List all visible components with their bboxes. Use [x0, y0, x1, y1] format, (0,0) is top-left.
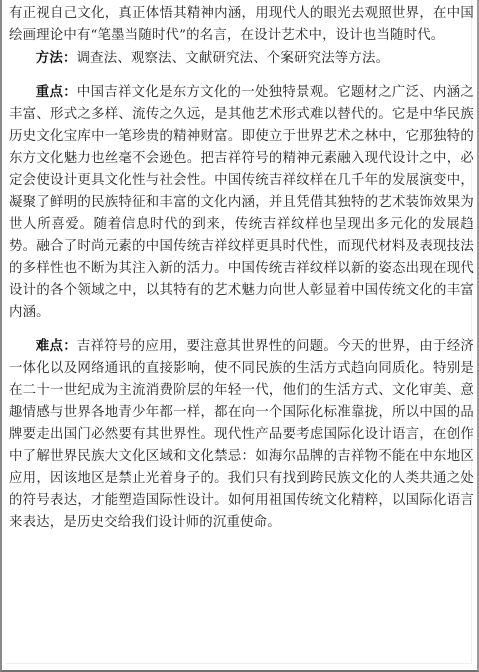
- methods-text: 调查法、观察法、文献研究法、个案研究法等方法。: [77, 51, 390, 66]
- document-body: 有正视自己文化，真正体悟其精神内涵，用现代人的眼光去观照世界，在中国绘画理论中有…: [9, 3, 474, 534]
- key-points-label: 重点：: [36, 84, 77, 100]
- table-cell-border-bottom: [6, 663, 471, 664]
- methods-label: 方法：: [36, 50, 77, 66]
- key-points-text: 中国吉祥文化是东方文化的一处独特景观。它题材之广泛、内涵之丰富、形式之多样、流传…: [9, 85, 474, 320]
- difficulties-paragraph: 难点：吉祥符号的应用，要注意其世界性的问题。今天的世界，由于经济一体化以及网络通…: [9, 335, 474, 534]
- difficulties-text: 吉祥符号的应用，要注意其世界性的问题。今天的世界，由于经济一体化以及网络通讯的直…: [9, 339, 474, 530]
- methods-paragraph: 方法：调查法、观察法、文献研究法、个案研究法等方法。: [9, 47, 474, 70]
- key-points-paragraph: 重点：中国吉祥文化是东方文化的一处独特景观。它题材之广泛、内涵之丰富、形式之多样…: [9, 81, 474, 324]
- intro-paragraph: 有正视自己文化，真正体悟其精神内涵，用现代人的眼光去观照世界，在中国绘画理论中有…: [9, 3, 474, 47]
- difficulties-label: 难点：: [36, 338, 77, 354]
- document-page: 有正视自己文化，真正体悟其精神内涵，用现代人的眼光去观照世界，在中国绘画理论中有…: [0, 0, 479, 672]
- intro-text: 有正视自己文化，真正体悟其精神内涵，用现代人的眼光去观照世界，在中国绘画理论中有…: [9, 6, 474, 43]
